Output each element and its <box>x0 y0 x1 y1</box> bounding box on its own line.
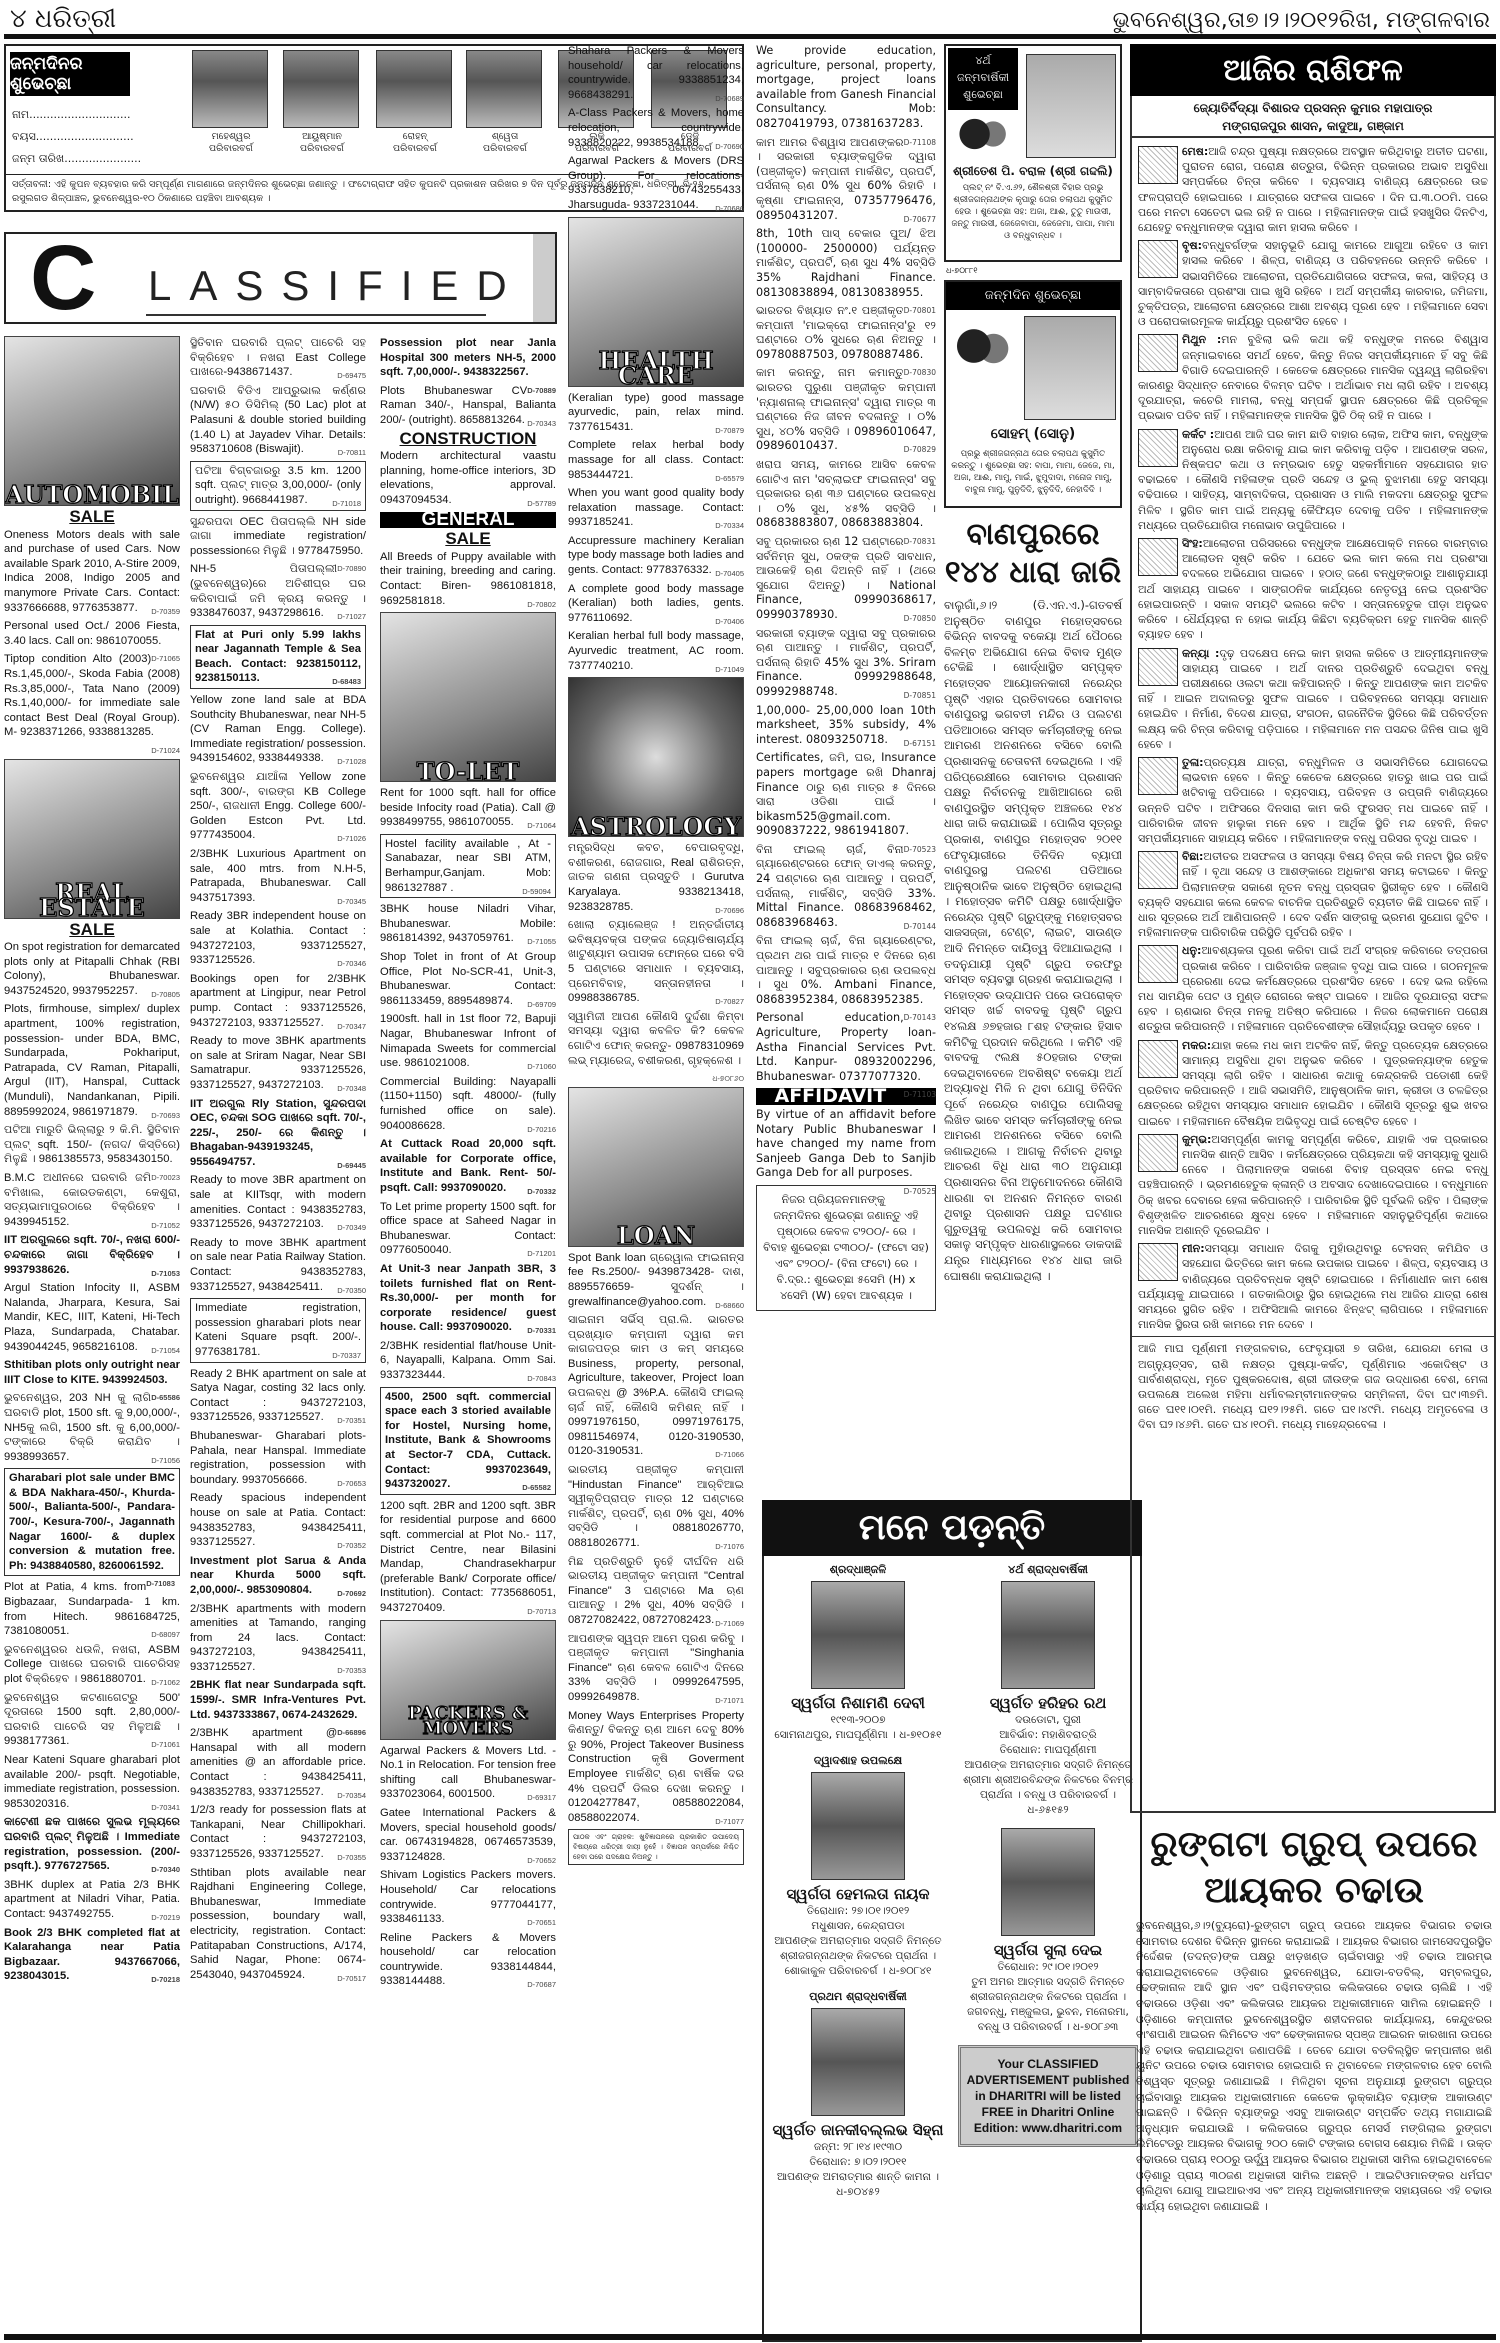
classified-ad: Modern architectural vaastu planning, ho… <box>380 449 556 507</box>
ad-code: D-71055 <box>527 935 556 950</box>
classified-ad: ଭୁବନେଶ୍ୱର, 203 NH କୁ ଲାଗି ଘରବାଡି plot, 1… <box>4 1391 180 1464</box>
obituary-banner: ମନେ ପଡ଼ନ୍ତି <box>762 1500 1142 1556</box>
birthday-wish-ad: ୪ର୍ଥ ଜନ୍ମବାର୍ଷିକୀ ଶୁଭେଚ୍ଛା ଶ୍ରୀତେଶ ପି. ବ… <box>944 44 1122 262</box>
ad-code: D-71062 <box>151 1676 180 1691</box>
obituary-notice: ସ୍ୱର୍ଗତା ସୁଲା ଦେଇତିରୋଧାନ: ୨୯।୦୧।୨୦୧୨ତୁମ … <box>958 1828 1138 2035</box>
obituary-notice: ଦ୍ୱାଦଶାହ ଉପଲକ୍ଷେସ୍ୱର୍ଗତା ହେମଲତା ନାୟକତିରୋ… <box>768 1753 948 1979</box>
classified-column-4: Shahara Packers & Movers household/ car … <box>568 44 744 1869</box>
classified-ad: ପଟିଆ ମାରୁତି ଭିଲ୍ଲାରୁ ୨ କି.ମି. ସ୍ଥିତିବାନ … <box>4 1123 180 1167</box>
classified-ad: Near Kateni Square gharabari plot availa… <box>4 1753 180 1811</box>
ad-code: D-70331 <box>527 1324 556 1339</box>
classified-ad: Commercial Building: Nayapalli (1150+115… <box>380 1075 556 1133</box>
classified-ad: Bookings open for 2/3BHK apartment at Li… <box>190 972 366 1030</box>
classified-ad: IIT ଅରଗୁଲରେ sqft. 70/-, ନଖରା 600/- ଚନ୍ଦକ… <box>4 1233 180 1277</box>
page-number-masthead: ୪ ଧରିତ୍ରୀ <box>10 4 116 35</box>
ad-code: D-71024 <box>151 744 180 759</box>
ad-code: D-69475 <box>337 369 366 384</box>
classified-ad: Shop Tolet in front of At Group Office, … <box>380 950 556 1008</box>
ad-code: D-71066 <box>715 1448 744 1463</box>
horoscope-sign: କନ୍ୟା :ଦୃଢ଼ ପଦକ୍ଷେପ ନେଇ କାମ ହାସଲ କରିବେ ଓ… <box>1138 646 1488 752</box>
dateline: ଭୁବନେଶ୍ୱର,ତା୭।୨।୨୦୧୨ରିଖ, ମଙ୍ଗଳବାର <box>1113 8 1490 33</box>
birthday-form: ନାମ............................. ବୟସ....… <box>12 104 141 170</box>
footer-rule <box>4 2334 1496 2340</box>
ad-code: ଧ-୭୦୮୬୦ <box>712 1072 744 1087</box>
real-estate-image: REAL ESTATE <box>4 759 180 919</box>
classified-ad: Shahara Packers & Movers household/ car … <box>568 44 744 102</box>
classified-ad: Yellow zone land sale at BDA Southcity B… <box>190 693 366 766</box>
ad-code: D-71076 <box>715 1540 744 1555</box>
ad-code: D-68097 <box>151 1628 180 1643</box>
wish-tag: ୪ର୍ଥ ଜନ୍ମବାର୍ଷିକୀ ଶୁଭେଚ୍ଛା <box>948 48 1018 110</box>
to-let-image: TO-LET <box>380 612 556 782</box>
wish-text: ପ୍ରଭୁ ଶ୍ରୀଜଗନ୍ନାଥ ତୋର ଚଲାପଥ କୁସୁମିତ କରନ୍… <box>950 448 1116 496</box>
ad-code: D-70332 <box>527 1185 556 1200</box>
classified-ad: Ready 3BR independent house on sale at K… <box>190 909 366 967</box>
birthday-coupon-title: ଜନ୍ମଦିନର ଶୁଭେଚ୍ଛା <box>10 52 130 96</box>
horoscope-sign: ବିଛା:ଅତୀତର ଅସଫଳତା ଓ ସମସ୍ୟା ବିଷୟ ଚିନ୍ତା କ… <box>1138 849 1488 940</box>
classified-ad: ଭୁବନେଶ୍ୱର କଟଣାଗେଟ୍‌ରୁ 500' ଦୂରତାରେ 1500 … <box>4 1691 180 1749</box>
birthday-wish-ad: ଜନ୍ମଦିନ ଶୁଭେଚ୍ଛା ସୋହମ୍ (ସୋନୁ) ପ୍ରଭୁ ଶ୍ରୀ… <box>944 280 1122 508</box>
classified-column-5: We provide education, agriculture, perso… <box>756 44 936 1315</box>
classified-ad: Ready to move 3BR apartment on sale at K… <box>190 1173 366 1231</box>
classified-ad: 8th, 10th ପାସ୍ ବେକାର ପୁଅ/ ଝିଅ (100000- 2… <box>756 227 936 300</box>
ad-code: D-70696 <box>715 904 744 919</box>
ad-code: D-71052 <box>151 1219 180 1234</box>
classified-ad: ସାଇନାମ ସର୍ଭିସ୍ ପ୍ରା.ଲି. ଭାରତର ପ୍ରଖ୍ୟାତ କ… <box>568 1313 744 1459</box>
classified-ad: ଭୁବନେଶ୍ୱରର ଧଉଳି, ନଖରା, ASBM College ପାଖର… <box>4 1643 180 1687</box>
birthday-kid: ମହେଶ୍ୱରପରିବାରବର୍ଗ <box>192 50 270 155</box>
horoscope-sign: ତୁଳା:ପ୍ରତ୍ୟକ୍ଷ ଯାତ୍ରା, ବନ୍ଧୁମିଳନ ଓ ସଭାସମ… <box>1138 755 1488 846</box>
classified-ad: Keralian herbal full body massage, Ayurv… <box>568 629 744 673</box>
affidavit-ad: By virtue of an affidavit before Notary … <box>756 1108 936 1181</box>
ad-code: D-71103 <box>904 1088 936 1103</box>
kid-photo <box>283 50 359 128</box>
classified-ad: Reline Packers & Movers household/ car r… <box>380 1931 556 1989</box>
online-edition-promo: Your CLASSIFIED ADVERTISEMENT published … <box>958 2045 1138 2147</box>
ad-code: D-71054 <box>151 1344 180 1359</box>
zodiac-icon <box>1138 1040 1178 1078</box>
classified-ad: Book 2/3 BHK completed flat at Kalarahan… <box>4 1926 180 1984</box>
classified-ad: କାମ କରନ୍ତୁ, ନାମ କମାନ୍ତୁ ଭାରତର ପୁରୁଣା ପଞ୍… <box>756 366 936 454</box>
news-body: ବାଲୁଗାଁ,୬।୨ (ଡି.ଏନ.ଏ.)-ଗତବର୍ଷ ଅନୁଷ୍ଠିତ ବ… <box>944 598 1122 1284</box>
astrologer-name: ଜ୍ୟୋତିର୍ବିଦ୍ୟା ବିଶାରଦ ପ୍ରସନ୍ନ କୁମାର ମହାପ… <box>1132 99 1494 117</box>
form-name-field: ନାମ............................. <box>12 104 141 126</box>
classified-ad: Personal used Oct./ 2006 Fiesta, 3.40 la… <box>4 619 180 648</box>
classified-ad: Ready to move 3BHK apartments on sale at… <box>190 1034 366 1092</box>
section-heading-sale: SALE <box>380 532 556 547</box>
ad-code: D-70843 <box>527 1372 556 1387</box>
classified-ad: ସ୍ଥିତିବାନ ଘରବାରି ପ୍ଲଟ୍ ପାଚେରି ସହ ବିକ୍ରିହ… <box>190 336 366 380</box>
ad-code: D-69317 <box>527 1791 556 1806</box>
ad-code: D-70359 <box>151 605 180 620</box>
classified-ad: Accupressure machinery Keralian type bod… <box>568 534 744 578</box>
wish-tag: ଜନ୍ମଦିନ ଶୁଭେଚ୍ଛା <box>946 282 1120 310</box>
child-photo <box>1026 54 1116 158</box>
news-headline: ବାଣପୁରରେ ୧୪୪ ଧାରା ଜାରି <box>944 516 1122 592</box>
classified-ad: କାଟେଣୀ ଛକ ପାଖରେ ସୁଲଭ ମୂଲ୍ୟରେ ଘରବାରି ପ୍ଲଟ… <box>4 1815 180 1873</box>
horoscope-title: ଆଜିର ରାଶିଫଳ <box>1130 44 1496 96</box>
horoscope-sign: ମେଷ:ଆଜି ଚନ୍ଦ୍ର ପୁଷ୍ୟା ନକ୍ଷତ୍ରରେ ଅବସ୍ଥାନ … <box>1138 144 1488 235</box>
portrait-photo <box>811 2008 905 2116</box>
classified-column-3: Possession plot near Janla Hospital 300 … <box>380 336 556 1993</box>
kid-photo <box>192 50 268 128</box>
classified-ad: 3BHK duplex at Patia 2/3 BHK apartment a… <box>4 1878 180 1922</box>
classified-ad: Complete relax herbal body massage for a… <box>568 438 744 482</box>
horoscope-body: ମେଷ:ଆଜି ଚନ୍ଦ୍ର ପୁଷ୍ୟା ନକ୍ଷତ୍ରରେ ଅବସ୍ଥାନ … <box>1130 138 1496 1813</box>
classified-ad: Agarwal Packers & Movers Ltd. - No.1 in … <box>380 1744 556 1802</box>
ad-code: D-70354 <box>337 1789 366 1804</box>
classified-ad: A complete good body massage (Keralian) … <box>568 582 744 626</box>
classified-ad: Ready spacious independent house on sale… <box>190 1491 366 1549</box>
balloons-icon <box>954 326 1020 376</box>
news-body: ଭୁବନେଶ୍ୱର,୬।୨(ବ୍ୟୁରୋ)-ରୁଙ୍ଗଟା ଗ୍ରୁପ୍ ଉପର… <box>1136 1918 1492 2214</box>
classified-ad: 2/3BHK apartments with modern amenities … <box>190 1602 366 1675</box>
header-rule <box>4 34 1496 39</box>
kid-photo <box>466 50 542 128</box>
ad-code: D-69709 <box>527 998 556 1013</box>
classified-ad: Certificates, ଜମି, ଘର, Insurance papers … <box>756 751 936 839</box>
horoscope-sign: କର୍କଟ :ଆପଣ ଆଜି ଘର କାମ ଛାଡି ବାହାର ଲୋକ, ଅଫ… <box>1138 427 1488 533</box>
astrology-image: ASTROLOGY <box>568 677 744 837</box>
classified-ad: ସବୁ ପ୍ରକାରର ଋଣ 12 ଘଣ୍ଟାରେ ସର୍ବନିମ୍ନ ସୁଧ,… <box>756 535 936 623</box>
zodiac-icon <box>1138 538 1178 576</box>
zodiac-icon <box>1138 1134 1178 1172</box>
ad-code: D-70802 <box>527 598 556 613</box>
ad-code: D-70219 <box>151 1911 180 1926</box>
portrait-photo <box>1001 1581 1095 1689</box>
ad-code: D-71201 <box>527 1247 556 1262</box>
classified-ad: Investment plot Sarua & Anda near Khurda… <box>190 1554 366 1598</box>
packers-movers-image: PACKERS & MOVERS <box>380 1620 556 1740</box>
section-heading-construction: CONSTRUCTION <box>380 432 556 447</box>
ad-code: D-57789 <box>527 497 556 512</box>
zodiac-icon <box>1138 240 1178 278</box>
classified-ad: At Cuttack Road 20,000 sqft. available f… <box>380 1137 556 1195</box>
classified-logo-c: C <box>30 232 96 324</box>
ad-code: D-70805 <box>151 988 180 1003</box>
ad-code: D-70350 <box>337 1284 366 1299</box>
zodiac-icon <box>1138 334 1178 372</box>
health-care-image: HEALTH CARE <box>568 217 744 387</box>
loan-image: LOAN <box>568 1087 744 1247</box>
classified-ad: At Unit-3 near Janpath 3BR, 3 toilets fu… <box>380 1262 556 1335</box>
ad-code: D-71053 <box>151 1267 180 1282</box>
classified-ad: Gharabari plot sale under BMC & BDA Nakh… <box>4 1468 180 1576</box>
kid-photo <box>376 50 452 128</box>
classified-ad: ମିଛ ପ୍ରତିଶ୍ରୁତି ନୁହେଁ ଦୀର୍ଘଦିନ ଧରି ଭାରତୀ… <box>568 1555 744 1628</box>
ad-code: D-70652 <box>527 1854 556 1869</box>
ad-code: D-71069 <box>715 1617 744 1632</box>
classified-ad: ଭୁବନେଶ୍ୱର ଯାଆଁଳା Yellow zone sqft. 300/-… <box>190 770 366 843</box>
birthday-kid: ଆୟୁଷ୍ମାନପରିବାରବର୍ଗ <box>283 50 361 155</box>
classified-ad: Ready 2 BHK apartment on sale at Satya N… <box>190 1367 366 1425</box>
ad-code: D-70517 <box>337 1972 366 1987</box>
ad-code: D-70879 <box>715 424 744 439</box>
classified-ad: To Let prime property 1500 sqft. for off… <box>380 1200 556 1258</box>
classified-ad: ମନ୍ତ୍ରସିଦ୍ଧ କବଚ, ବେପାରବୃଦ୍ଧି, ବଶୀକରଣ, ରୋ… <box>568 841 744 914</box>
classified-ad: On spot registration for demarcated plot… <box>4 940 180 998</box>
zodiac-icon <box>1138 1243 1178 1281</box>
section-heading-sale: SALE <box>4 510 180 525</box>
classified-ad: 1/2/3 ready for possession flats at Tank… <box>190 1803 366 1861</box>
ad-code: D-70690 <box>715 140 744 155</box>
ad-code: D-70340 <box>151 1863 180 1878</box>
horoscope-byline: ଜ୍ୟୋତିର୍ବିଦ୍ୟା ବିଶାରଦ ପ୍ରସନ୍ନ କୁମାର ମହାପ… <box>1130 96 1496 138</box>
ad-code: D-70693 <box>151 1109 180 1124</box>
ad-code: D-70689 <box>715 92 744 107</box>
classified-ad: ଖରାପ ସମୟ, କାମରେ ଆସିବ କେବଳ ଗୋଟିଏ ନାମ 'ସବ୍… <box>756 458 936 531</box>
ad-code: D-70811 <box>338 446 366 461</box>
section-heading-sale: SALE <box>4 923 180 938</box>
classified-ad: 1200 sqft. 2BR and 1200 sqft. 3BR for re… <box>380 1499 556 1616</box>
ad-code: D-70343 <box>527 417 556 432</box>
ad-code: D-68660 <box>715 1299 744 1314</box>
classified-ad: ଆପଣଙ୍କ ସ୍ୱପ୍ନ ଆମେ ପୂରଣ କରିବୁ । ପଞ୍ଜୀକୃତ … <box>568 1632 744 1705</box>
ad-code: D-71027 <box>337 610 366 625</box>
ad-code: D-70348 <box>337 1082 366 1097</box>
classified-ad: Personal education, Agriculture, Propert… <box>756 1011 936 1084</box>
obituary-section: ଶ୍ରଦ୍ଧାଞ୍ଜଳିସ୍ୱର୍ଗତା ନିଶାମଣି ଦେବୀ୧୯୧୩-୨୦… <box>762 1556 1142 2342</box>
classified-ad: A-Class Packers & Movers, home relocatio… <box>568 106 744 150</box>
classified-ad: We provide education, agriculture, perso… <box>756 44 936 132</box>
classified-ad: When you want good quality body relaxati… <box>568 486 744 530</box>
horoscope-sign: ମିଥୁନ :ମନ ବୁଝିଲା ଭଳି କଥା କହି ବନ୍ଧୁଙ୍କ ମନ… <box>1138 332 1488 423</box>
classified-ad: Sthitiban plots only outright near IIIT … <box>4 1358 180 1387</box>
classified-ad: 2/3BHK residential flat/house Unit-6, Na… <box>380 1339 556 1383</box>
ad-code: D-70850 <box>904 612 936 627</box>
classified-ad: 3BHK house Niladri Vihar, Bhubaneswar. M… <box>380 902 556 946</box>
classified-ad: Plot at Patia, 4 kms. from Bigbazaar, Su… <box>4 1580 180 1638</box>
form-dob-field: ଜନ୍ମ ତାରିଖ...................... <box>12 148 141 170</box>
classified-ad: Spot Bank loan ଗ୍ରେୱାଲ ଫାଇନାନ୍ସ fee Rs.2… <box>568 1251 744 1309</box>
ad-code: D-71060 <box>527 1060 556 1075</box>
ad-code: D-70345 <box>337 895 366 910</box>
classified-ad: Rent for 1000 sqft. hall for office besi… <box>380 786 556 830</box>
ad-code: ଧ-୭୦୮୮୧ <box>946 266 978 276</box>
ad-code: D-70341 <box>151 1801 180 1816</box>
ad-code: D-70337 <box>332 1349 361 1364</box>
ad-code: D-70349 <box>337 1221 366 1236</box>
ad-code: D-71049 <box>715 663 744 678</box>
ad-code: D-71061 <box>151 1738 180 1753</box>
ad-code: D-70355 <box>337 1851 366 1866</box>
classified-ad: Gatee International Packers & Movers, sp… <box>380 1806 556 1864</box>
child-photo <box>1024 316 1116 420</box>
ad-code: D-70651 <box>527 1916 556 1931</box>
ad-code: D-68483 <box>332 675 361 690</box>
child-name: ସୋହମ୍ (ସୋନୁ) <box>948 426 1118 442</box>
zodiac-icon <box>1138 648 1178 686</box>
classified-ad: NH-5 ପିତାପଲ୍ଲୀ (ଭୁବନେଶ୍ୱର)ରେ ଅତିଶୀଘ୍ର ଘର… <box>190 562 366 620</box>
ad-code: D-71077 <box>715 1815 744 1830</box>
ad-code: D-65582 <box>522 1481 551 1496</box>
classified-ad: 2BHK flat near Sundarpada sqft. 1599/-. … <box>190 1678 366 1722</box>
classified-ad: 2/3BHK apartment @ Hansapal with all mod… <box>190 1726 366 1799</box>
ad-code: D-71026 <box>337 832 366 847</box>
obituary-notice: ଶ୍ରଦ୍ଧାଞ୍ଜଳିସ୍ୱର୍ଗତା ନିଶାମଣି ଦେବୀ୧୯୧୩-୨୦… <box>768 1562 948 1743</box>
classified-ad: ଖୋଲା ଚ୍ୟାଲେଞ୍ଜ ! ଅନ୍ତର୍ଜାତୀୟ ଭବିଷ୍ୟବକ୍ତା… <box>568 918 744 1006</box>
classified-ad: Immediate registration, possession ghara… <box>190 1298 366 1362</box>
ad-code: D-70713 <box>527 1605 556 1620</box>
classified-ad: Agarwal Packers & Movers (DRS Group). Fo… <box>568 154 744 212</box>
classified-logo-text: LASSIFIED <box>148 262 525 310</box>
classified-column-2: ସ୍ଥିତିବାନ ଘରବାରି ପ୍ଲଟ୍ ପାଚେରି ସହ ବିକ୍ରିହ… <box>190 336 366 1986</box>
classified-ad: Sthtiban plots available near Rajdhani E… <box>190 1866 366 1983</box>
classified-ad: Money Ways Enterprises Property କିଣନ୍ତୁ/… <box>568 1709 744 1826</box>
obituary-notice: ୪ର୍ଥ ଶ୍ରାଦ୍ଧବାର୍ଷିକୀସ୍ୱର୍ଗତ ହରିହର ରଥଦଉଡୋ… <box>958 1562 1138 1818</box>
ad-code: D-70334 <box>715 519 744 534</box>
astrologer-address: ମଙ୍ଗରାଜପୁର ଶାସନ, କାଦୁଆ, ଗଞ୍ଜାମ <box>1132 117 1494 135</box>
classified-ad: 2/3BHK Luxurious Apartment on sale, 400 … <box>190 847 366 905</box>
ad-code: D-70347 <box>337 1020 366 1035</box>
classified-underline <box>146 314 486 316</box>
ad-code: D-70405 <box>715 567 744 582</box>
ad-code: D-70851 <box>904 689 936 704</box>
ad-code: D-70144 <box>904 920 936 935</box>
classified-ad: ସୁନ୍ଦରପଦା OEC ପିତାପଲ୍ଲି NH side ଜାଗା imm… <box>190 515 366 559</box>
classified-ad: ଘରବାରି ବିଡିଏ ଆପ୍ରୁଭାଲ କର୍ଣ୍ଣର (N/W) ୫୦ ଡ… <box>190 384 366 457</box>
classified-ad: (Keralian type) good massage ayurvedic, … <box>568 391 744 435</box>
portrait-photo <box>811 1581 905 1689</box>
ad-code: D-70827 <box>715 995 744 1010</box>
classified-banner: C LASSIFIED <box>4 232 557 324</box>
classified-ad: Plots Bhubaneswar CV Raman 340/-, Hanspa… <box>380 384 556 428</box>
classified-ad: All Breeds of Puppy available with their… <box>380 550 556 608</box>
classified-ad: Plots, firmhouse, simplex/ duplex apartm… <box>4 1002 180 1119</box>
ad-code: D-59094 <box>522 885 551 900</box>
ad-code: D-70677 <box>904 213 936 228</box>
classified-ad: Argul Station Infocity II, ASBM Nalanda,… <box>4 1281 180 1354</box>
horoscope-sign: ବୃଷ:ବନ୍ଧୁବର୍ଗଙ୍କ ସହାନୁଭୂତି ଯୋଗୁ କାମରେ ଆଗ… <box>1138 238 1488 329</box>
ad-code: D-70686 <box>715 202 744 217</box>
horoscope-sign: ସିଂହ:ଆଲୋଚନା ପରିସରରେ ବନ୍ଧୁଙ୍କ ଆକ୍ଷେପୋକ୍ତି… <box>1138 536 1488 642</box>
ad-code: D-70406 <box>715 615 744 630</box>
ad-code: D-71018 <box>332 497 361 512</box>
balloons-icon <box>956 118 1018 158</box>
classified-ad: କାମ ଆମର ବିଶ୍ୱାସ ଆପଣଙ୍କର । ସରକାରୀ ବ୍ୟାଙ୍କ… <box>756 136 936 224</box>
classified-ad: Hostel facility available , At - Sanabaz… <box>380 834 556 898</box>
ad-code: D-71028 <box>337 755 366 770</box>
ad-code: D-65579 <box>715 472 744 487</box>
classified-ad: ଭାରତର ବିଖ୍ୟାତ ନଂ.୧ ପଞ୍ଜୀକୃତ କମ୍ପାନୀ 'ମାଇ… <box>756 304 936 362</box>
classified-ad: Shivam Logistics Packers movers. Househo… <box>380 1868 556 1926</box>
classified-ad: ସ୍ୱାମିଜୀ ଆପଣ କୌଣସି ଦୁର୍ଦ୍ଦଶା କିମ୍ବା ସମସ୍… <box>568 1010 744 1068</box>
portrait-photo <box>1001 1828 1095 1936</box>
disclaimer-box: ପାଠକ ଏବଂ ଗ୍ରାହକ: ଖୁବିଜ୍ଞାପନରେ ପ୍ରକାଶିତ ଉ… <box>568 1829 744 1865</box>
zodiac-icon <box>1138 146 1178 184</box>
horoscope-sign: ମୀନ:ସମସ୍ୟା ସମାଧାନ ଦିଗକୁ ମୁହାଁଉଥିବାରୁ ଟେନ… <box>1138 1241 1488 1332</box>
section-heading-general: GENERAL <box>380 512 556 529</box>
classified-ad: Oneness Motors deals with sale and purch… <box>4 528 180 616</box>
ad-code: D-70216 <box>527 1123 556 1138</box>
obituary-notice: ପ୍ରଥମ ଶ୍ରାଦ୍ଧବାର୍ଷିକୀସ୍ୱର୍ଗତ ଜାନକୀବଲ୍ଲଭ … <box>768 1989 948 2200</box>
classified-ad: Tiptop condition Alto (2003) Rs.1,45,000… <box>4 652 180 740</box>
ad-code: D-70218 <box>151 1973 180 1988</box>
classified-ad: Bhubaneswar- Gharabari plots- Pahala, ne… <box>190 1429 366 1487</box>
horoscope-sign: ମକର:ଯାହା କଲେ ମଧ କାମ ଅଟକିବ ନାହିଁ, କିନ୍ତୁ … <box>1138 1038 1488 1129</box>
ad-code: D-71056 <box>151 1454 180 1469</box>
classified-ad: Ready to move 3BHK apartment on sale nea… <box>190 1236 366 1294</box>
ad-code: D-70346 <box>337 957 366 972</box>
ad-code: D-70692 <box>337 1587 366 1602</box>
portrait-photo <box>811 1772 905 1880</box>
ad-code: D-67151 <box>904 737 936 752</box>
ad-code: D-70687 <box>527 1978 556 1993</box>
classified-ad: ବିନା ଫାଇଲ୍ ଚାର୍ଜ, ବିନା ଗ୍ୟାରେଣ୍ଟରରେ ଫୋନ୍… <box>756 843 936 931</box>
ad-code: D-70352 <box>337 1539 366 1554</box>
form-age-field: ବୟସ............................ <box>12 126 141 148</box>
ad-code: D-71071 <box>715 1694 744 1709</box>
classified-ad: ପଟିଆ ବିଗ୍‌ବଜାରରୁ 3.5 km. 1200 sqft. ପ୍ଲଟ… <box>190 461 366 511</box>
classified-column-1: AUTOMOBILE SALE Oneness Motors deals wit… <box>4 336 180 1988</box>
ad-code: D-70653 <box>337 1477 366 1492</box>
wish-text: ପ୍ଲଟ୍ ନଂ ବି.ଏ.୬୨, ଶୈଳଶ୍ରୀ ବିହାର ପ୍ରଭୁ ଶ୍… <box>950 182 1116 242</box>
classified-ad: 1900sft. hall in 1st floor 72, Bapuji Na… <box>380 1012 556 1070</box>
ad-code: D-69445 <box>337 1159 366 1174</box>
classified-ad: 1,00,000- 25,00,000 loan 10th marksheet,… <box>756 704 936 748</box>
birthday-kid: ଶ୍ୱେତାପରିବାରବର୍ଗ <box>466 50 544 155</box>
classified-ad: 4500, 2500 sqft. commercial space each 3… <box>380 1387 556 1495</box>
zodiac-icon <box>1138 945 1178 983</box>
classified-ad: ଭାରତୀୟ ପଞ୍ଜୀକୃତ କମ୍ପାନୀ "Hindustan Finan… <box>568 1463 744 1551</box>
ad-code: D-70351 <box>337 1414 366 1429</box>
ad-code: D-71064 <box>527 819 556 834</box>
classified-ad: Flat at Puri only 5.99 lakhs near Jagann… <box>190 625 366 689</box>
classified-ad: Possession plot near Janla Hospital 300 … <box>380 336 556 380</box>
classified-ad: IIT ଅରଗୁଲ Rly Station, ସୁନ୍ଦରପଦା OEC, ଚନ… <box>190 1097 366 1170</box>
ad-code: D-70829 <box>904 443 936 458</box>
classified-ad: B.M.C ଅଧୀନରେ ଘରବାରି ଜମି ବମିଖାଲ, କୋରଡକଣ୍ଟ… <box>4 1171 180 1229</box>
news-headline: ରୁଙ୍ଗଟା ଗ୍ରୁପ୍ ଉପରେ ଆୟକର ଚଢାଉ <box>1136 1822 1492 1914</box>
zodiac-icon <box>1138 757 1178 795</box>
classified-ad: ବିନା ଫାଇଲ୍ ଚାର୍ଜ, ବିନା ଗ୍ୟାରେଣ୍ଟର, ପ୍ରଥମ… <box>756 934 936 1007</box>
birthday-kid: ରୋହନ୍ପରିବାରବର୍ଗ <box>376 50 454 155</box>
zodiac-icon <box>1138 851 1178 889</box>
child-name: ଶ୍ରୀତେଶ ପି. ବରାଳ (ଶ୍ରୀ ଗଦ୍ଦଲି) <box>948 164 1118 179</box>
almanac: ଆଜି ମାଘ ପୂର୍ଣ୍ଣମୀ ମଙ୍ଗଳବାର, ଫେବୃୟାରୀ ୭ ତ… <box>1132 1336 1494 1432</box>
greeting-rates-box: ନିଜର ପ୍ରିୟଜନମାନଙ୍କୁ ଜନ୍ମଦିନର ଶୁଭେଚ୍ଛା ଜଣ… <box>756 1185 936 1311</box>
classified-ad: ସରକାରୀ ବ୍ୟାଙ୍କ ଦ୍ୱାରା ସବୁ ପ୍ରକାରର ଋଣ ପାଆ… <box>756 627 936 700</box>
zodiac-icon <box>1138 429 1178 467</box>
ad-code: D-70353 <box>337 1664 366 1679</box>
automobile-image: AUTOMOBILE <box>4 336 180 506</box>
horoscope-sign: କୁମ୍ଭ:ଅସମ୍ପୂର୍ଣ୍ଣ କାମକୁ ସମ୍ପୂର୍ଣ୍ଣ କରିବେ… <box>1138 1132 1488 1238</box>
horoscope-sign: ଧନୁ:ଆବଶ୍ୟକତା ପୂରଣ କରିବା ପାଇଁ ଅର୍ଥ ସଂଗ୍ରହ… <box>1138 943 1488 1034</box>
